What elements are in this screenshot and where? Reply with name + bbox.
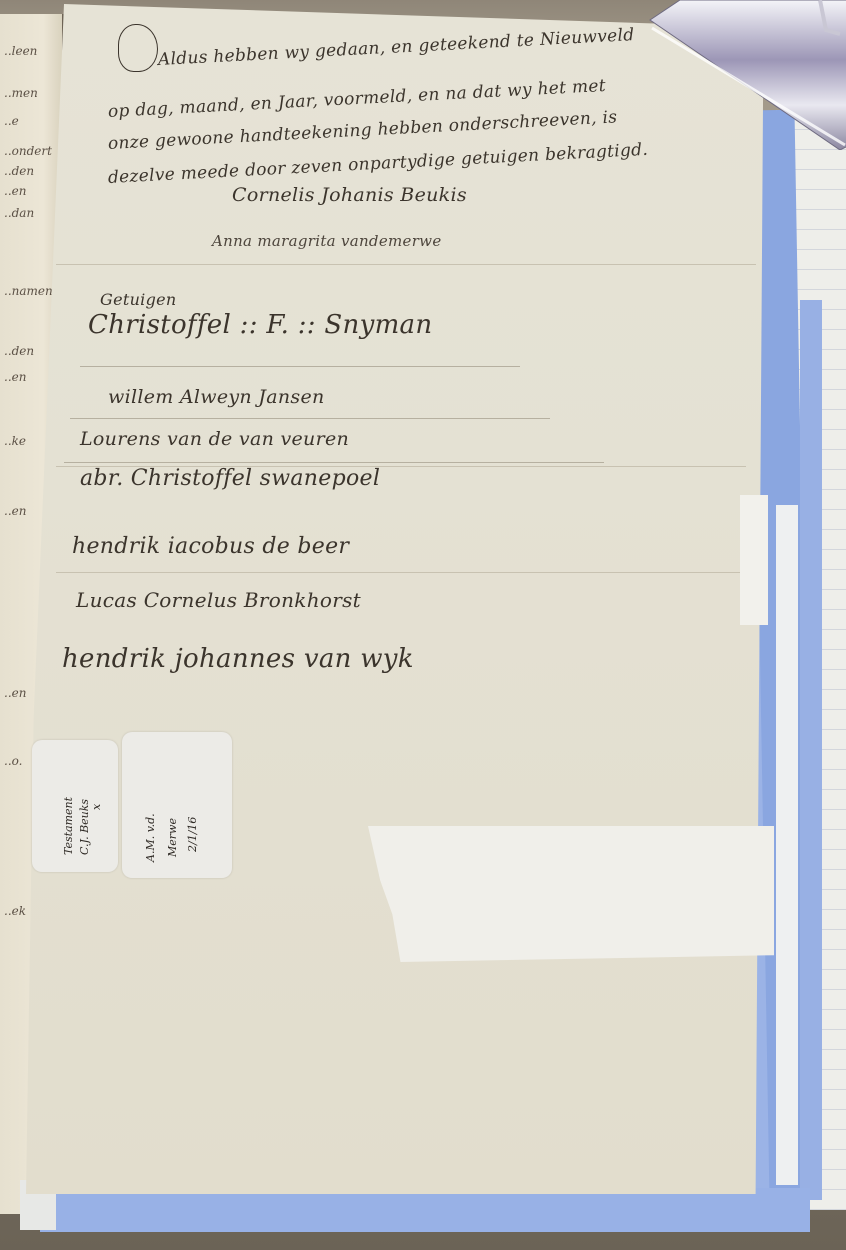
left-page-fragment: ..e [4, 114, 19, 128]
witnesses-heading: Getuigen [100, 290, 177, 309]
left-page-fragment: ..den [4, 164, 34, 178]
archival-label-testament: Testament C.J. Beuks x [32, 740, 118, 872]
left-page-fragment: ..namen [4, 284, 53, 298]
decorative-initial-flourish [118, 24, 158, 72]
left-page-fragment: ..ek [4, 904, 26, 918]
repair-tape [368, 826, 774, 962]
left-page-fragment: ..en [4, 686, 26, 700]
white-paper-strip [776, 505, 798, 1185]
page-fold-line [56, 264, 756, 265]
left-page-fragment: ..o. [4, 754, 22, 768]
left-page-fragment: ..ke [4, 434, 26, 448]
binder-clip-icon [640, 0, 846, 150]
blue-folder-bottom-edge [40, 1188, 810, 1232]
witness-signature: Lourens van de van veuren [80, 428, 349, 450]
left-page-fragment: ..den [4, 344, 34, 358]
testator-signature: Cornelis Johanis Beukis [232, 184, 467, 206]
left-page-fragment: ..leen [4, 44, 37, 58]
witness-signature: abr. Christoffel swanepoel [80, 466, 380, 491]
page-fold-line [56, 572, 756, 573]
blue-folder-strip [800, 300, 822, 1200]
left-page-fragment: ..en [4, 370, 26, 384]
left-page-fragment: ..en [4, 184, 26, 198]
left-page-fragment: ..dan [4, 206, 34, 220]
signature-rule [64, 462, 604, 463]
left-page-fragment: ..en [4, 504, 26, 518]
signature-rule [80, 366, 520, 367]
witness-signature: hendrik johannes van wyk [62, 644, 414, 674]
witness-signature: willem Alweyn Jansen [108, 386, 325, 408]
left-page-fragment: ..men [4, 86, 38, 100]
archival-label-merwe: A.M. v.d. Merwe 2/1/16 [122, 732, 232, 878]
testator-signature: Anna maragrita vandemerwe [212, 232, 442, 250]
witness-signature: Lucas Cornelus Bronkhorst [76, 588, 361, 612]
witness-signature: Christoffel :: F. :: Snyman [88, 310, 432, 340]
tape-piece [740, 495, 768, 625]
left-page-fragment: ..ondert [4, 144, 52, 158]
signature-rule [70, 418, 550, 419]
witness-signature: hendrik iacobus de beer [72, 534, 349, 559]
